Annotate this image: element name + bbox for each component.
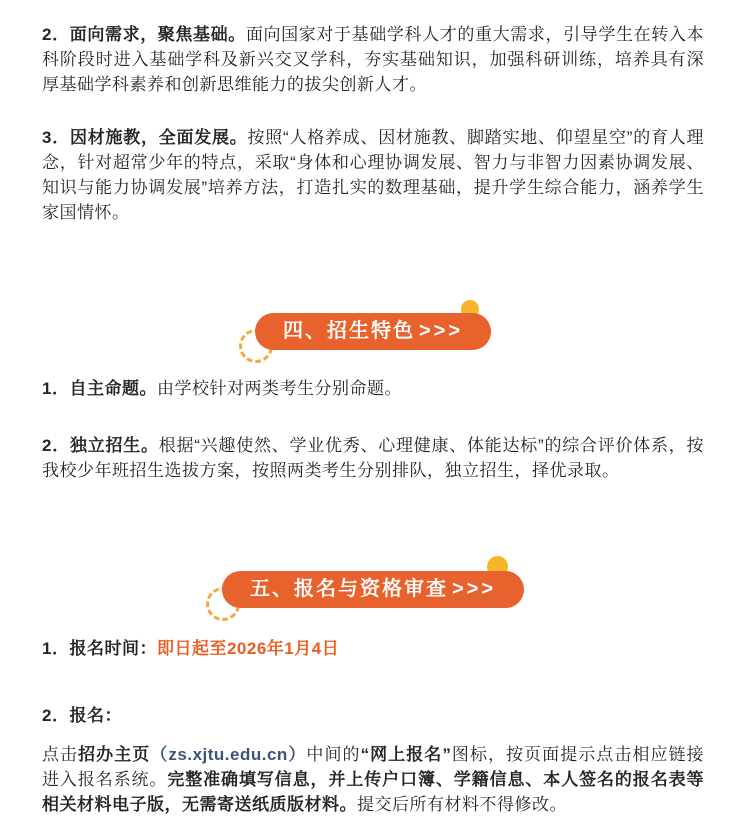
- item-lead: 1．自主命题。: [42, 379, 157, 398]
- section-banner-registration: 五、报名与资格审查>>>: [222, 571, 524, 608]
- paragraph-lead: 2．面向需求，聚焦基础。: [42, 25, 246, 44]
- item-lead: 2．独立招生。: [42, 436, 159, 455]
- paragraph-demand-oriented: 2．面向需求，聚焦基础。面向国家对于基础学科人才的重大需求，引导学生在转入本科阶…: [42, 22, 704, 97]
- paragraph-individualized-teaching: 3．因材施教，全面发展。按照“人格养成、因材施教、脚踏实地、仰望星空”的育人理念…: [42, 125, 704, 225]
- registration-time-line: 1．报名时间：即日起至2026年1月4日: [42, 636, 704, 661]
- admissions-site-link[interactable]: zs.xjtu.edu.cn: [168, 745, 287, 764]
- feature-item-independent-exam: 1．自主命题。由学校针对两类考生分别命题。: [42, 376, 704, 401]
- signup-heading: 2．报名：: [42, 703, 704, 728]
- chevrons-right-icon: >>>: [419, 320, 463, 342]
- section-title-pill: 五、报名与资格审查>>>: [222, 571, 524, 608]
- section-title: 五、报名与资格审查: [250, 578, 448, 600]
- signup-instructions: 点击招办主页（zs.xjtu.edu.cn）中间的“网上报名”图标，按页面提示点…: [42, 742, 704, 817]
- paren-open: （: [150, 745, 168, 764]
- section-title: 四、招生特色: [283, 320, 415, 342]
- section-banner-features-row: 四、招生特色>>>: [42, 313, 704, 350]
- online-signup-icon-label: “网上报名”: [361, 745, 452, 764]
- signup-lead: 2．报名：: [42, 706, 122, 725]
- steps-text: 提交后所有材料不得修改。: [357, 795, 567, 814]
- time-lead: 1．报名时间：: [42, 639, 157, 658]
- section-title-pill: 四、招生特色>>>: [255, 313, 491, 350]
- steps-text: 点击: [42, 745, 78, 764]
- admissions-homepage-label: 招办主页: [78, 745, 150, 764]
- section-banner-registration-row: 五、报名与资格审查>>>: [42, 571, 704, 608]
- item-body: 由学校针对两类考生分别命题。: [157, 379, 402, 398]
- registration-deadline: 即日起至2026年1月4日: [157, 639, 339, 658]
- paren-close: ）: [288, 745, 307, 764]
- feature-item-independent-admission: 2．独立招生。根据“兴趣使然、学业优秀、心理健康、体能达标”的综合评价体系，按我…: [42, 433, 704, 483]
- paragraph-lead: 3．因材施教，全面发展。: [42, 128, 248, 147]
- article-page: 2．面向需求，聚焦基础。面向国家对于基础学科人才的重大需求，引导学生在转入本科阶…: [0, 0, 746, 826]
- section-banner-features: 四、招生特色>>>: [255, 313, 491, 350]
- steps-text: 中间的: [306, 745, 360, 764]
- chevrons-right-icon: >>>: [452, 578, 496, 600]
